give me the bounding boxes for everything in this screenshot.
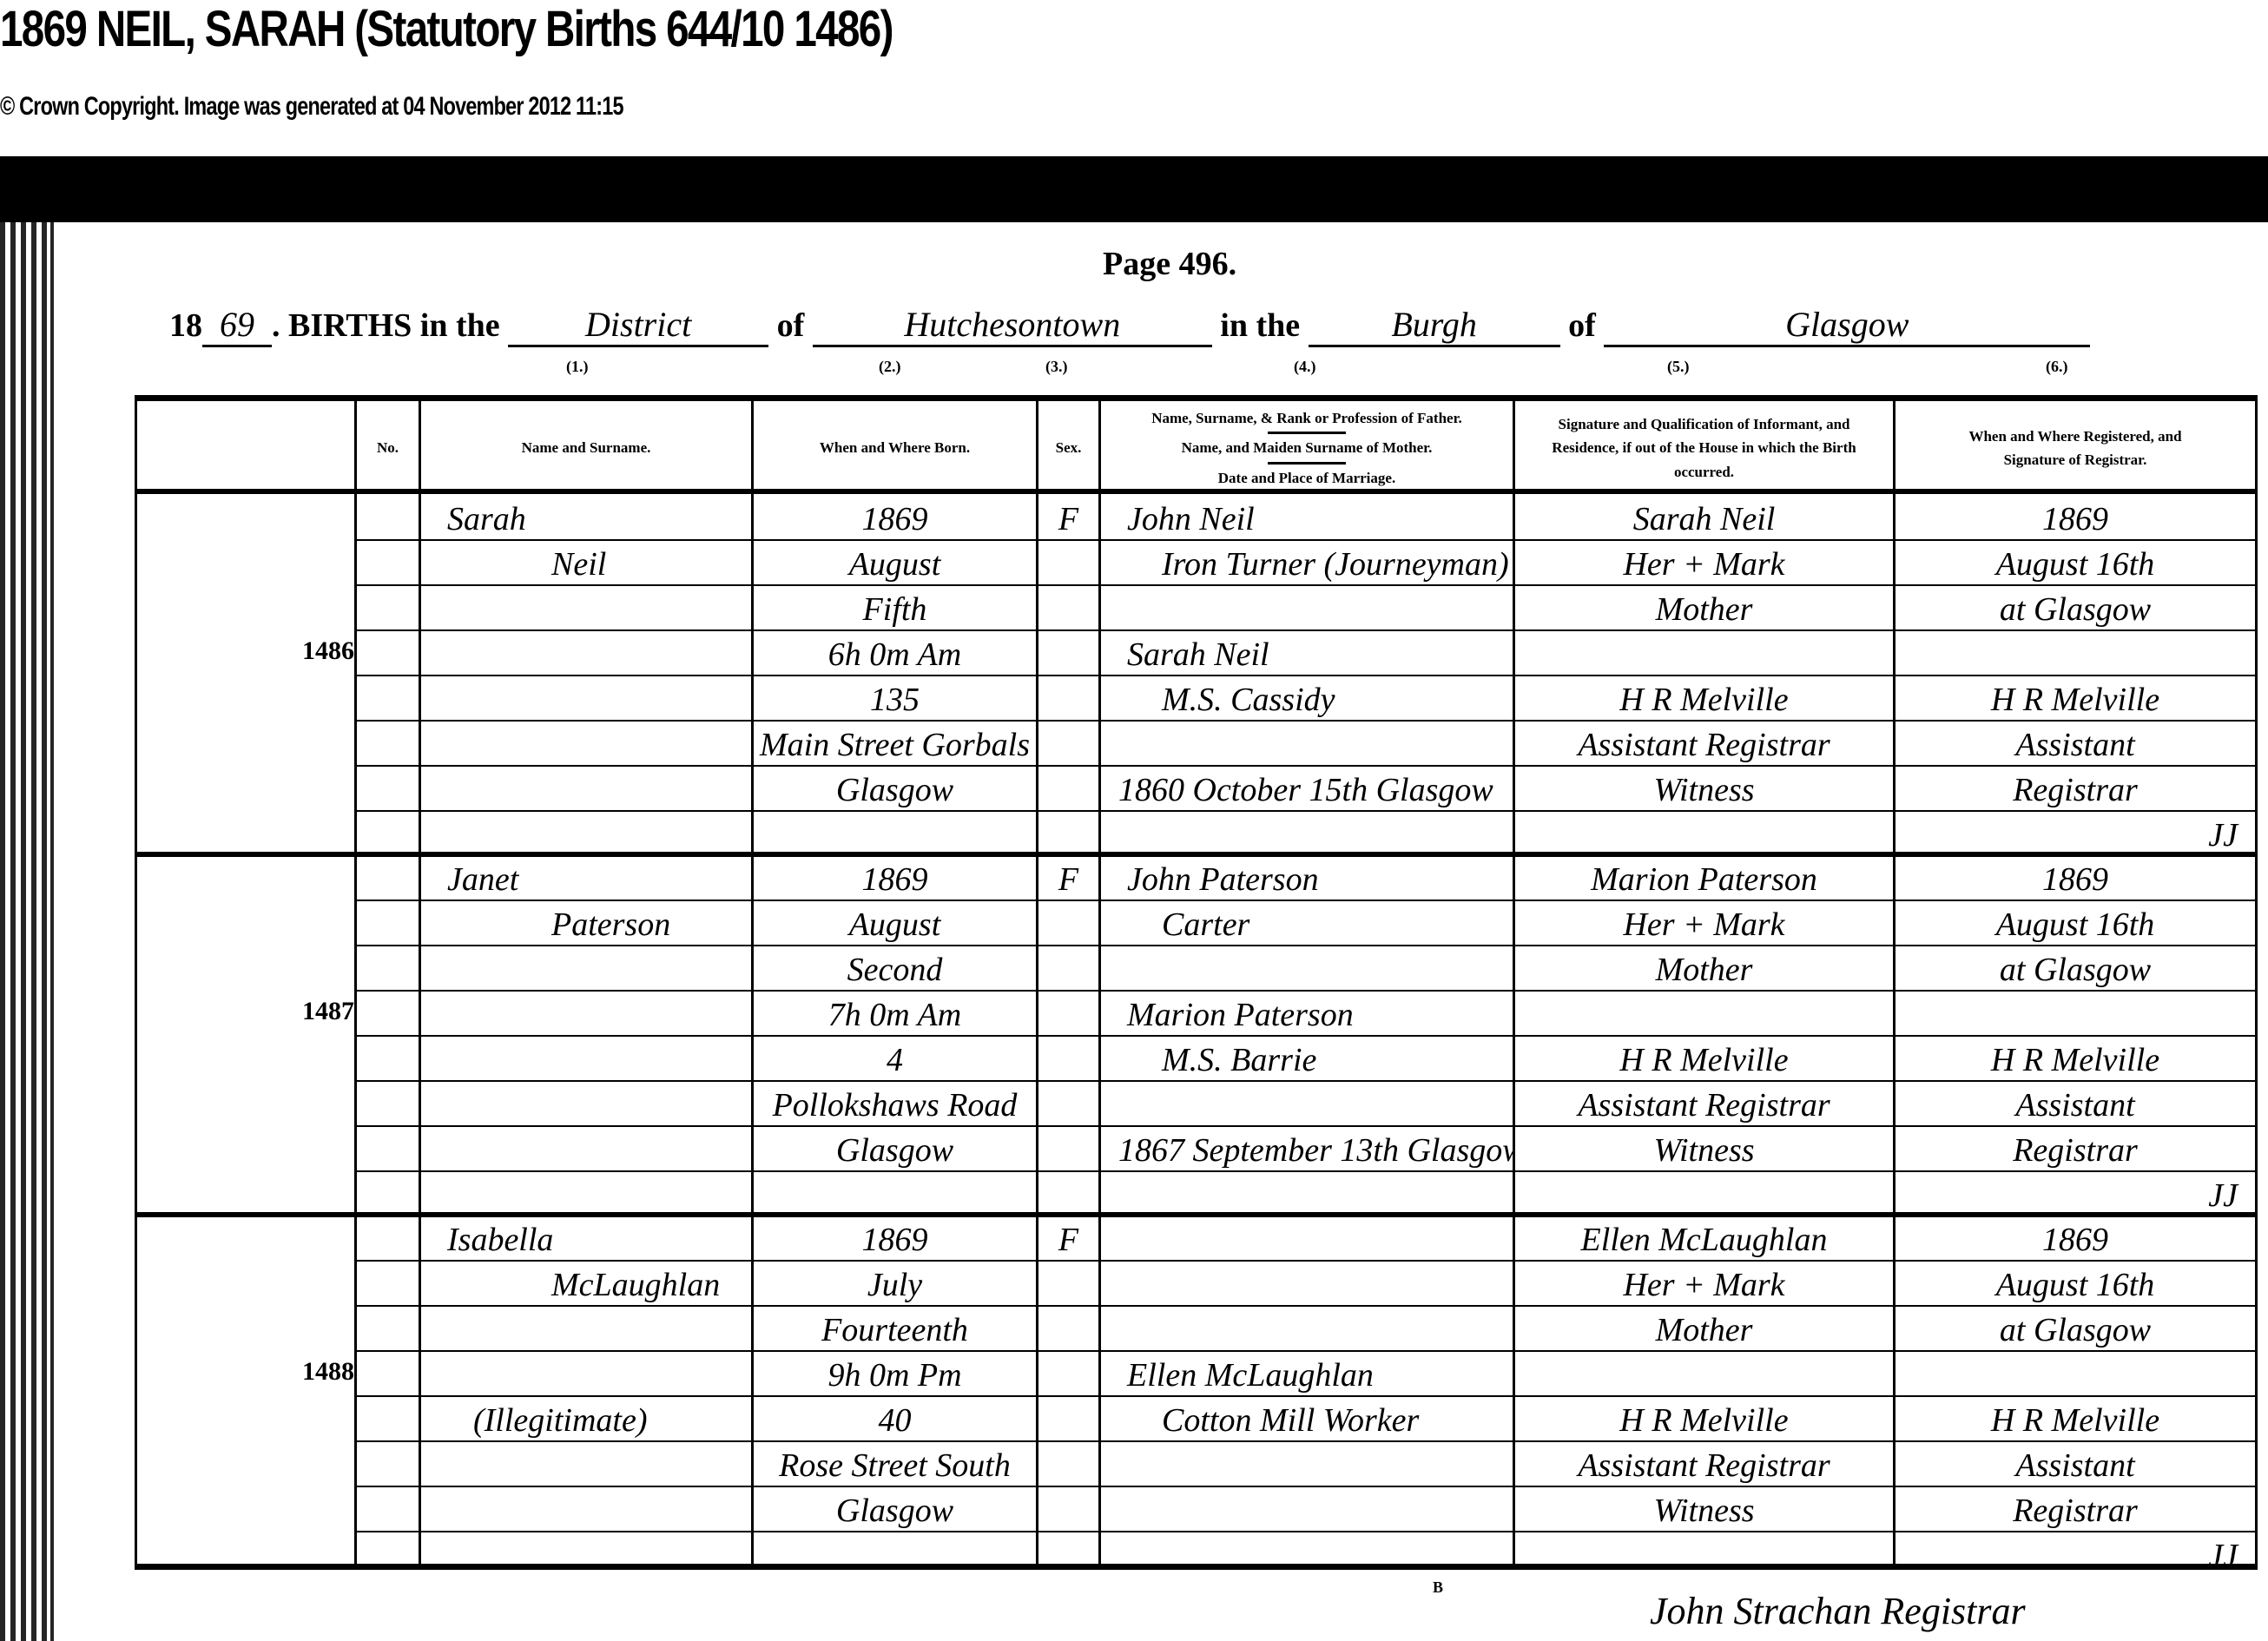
entry-name-line bbox=[421, 765, 751, 810]
entry-name-line bbox=[421, 1305, 751, 1350]
entry-sex-line bbox=[1038, 1305, 1098, 1350]
entry-registered-line: 1869 bbox=[1895, 1215, 2255, 1260]
entry-registered-line: 1869 bbox=[1895, 494, 2255, 539]
entry-parents-line: 1860 October 15th Glasgow bbox=[1101, 765, 1513, 810]
entry-informant-line bbox=[1515, 990, 1893, 1035]
entry-informant-line: Witness bbox=[1515, 1125, 1893, 1170]
entry-born-line: Glasgow bbox=[754, 1486, 1036, 1531]
entry-sex-line bbox=[1038, 765, 1098, 810]
entry-block: 1487JanetPaterson1869AugustSecond7h 0m A… bbox=[137, 854, 2255, 1215]
entry-born-line: July bbox=[754, 1260, 1036, 1305]
entry-name-line: Paterson bbox=[421, 900, 751, 945]
entry-number: 1488 bbox=[293, 1357, 354, 1387]
copyright-notice: © Crown Copyright. Image was generated a… bbox=[0, 92, 623, 122]
entry-name-line bbox=[421, 1035, 751, 1080]
entry-parents-line bbox=[1101, 720, 1513, 765]
entry-born-line: 1869 bbox=[754, 494, 1036, 539]
column-number-4: (4.) bbox=[1294, 358, 1316, 376]
entry-name-line: Isabella bbox=[421, 1215, 751, 1260]
entry-name-line bbox=[421, 1440, 751, 1486]
entry-born-line: Rose Street South bbox=[754, 1440, 1036, 1486]
entry-parents-line: John Paterson bbox=[1101, 854, 1513, 900]
entry-registered-line: 1869 bbox=[1895, 854, 2255, 900]
entry-parents-line bbox=[1101, 1440, 1513, 1486]
entry-born-line: August bbox=[754, 539, 1036, 584]
record-title: 1869 NEIL, SARAH (Statutory Births 644/1… bbox=[0, 0, 893, 58]
entry-number: 1487 bbox=[293, 997, 354, 1026]
entry-registered-line: Registrar bbox=[1895, 1125, 2255, 1170]
entry-born-line bbox=[754, 1170, 1036, 1216]
entry-registered-line: August 16th bbox=[1895, 539, 2255, 584]
entry-sex-line bbox=[1038, 539, 1098, 584]
registrar-signature: John Strachan Registrar bbox=[1650, 1589, 2026, 1633]
book-binding bbox=[0, 222, 54, 1641]
entry-informant-line bbox=[1515, 810, 1893, 855]
entry-name-line: McLaughlan bbox=[421, 1260, 751, 1305]
entry-registered-line: Assistant bbox=[1895, 720, 2255, 765]
entry-name-line bbox=[421, 1486, 751, 1531]
entry-parents-line: John Neil bbox=[1101, 494, 1513, 539]
entry-block: 1488IsabellaMcLaughlan(Illegitimate)1869… bbox=[137, 1215, 2255, 1575]
entry-sex-line bbox=[1038, 990, 1098, 1035]
entry-parents-line bbox=[1101, 1260, 1513, 1305]
entry-name-line bbox=[421, 1080, 751, 1125]
entry-informant-line: Assistant Registrar bbox=[1515, 1080, 1893, 1125]
entry-born-line: Glasgow bbox=[754, 1125, 1036, 1170]
entry-born-line: Fifth bbox=[754, 584, 1036, 629]
entry-parents-line bbox=[1101, 1215, 1513, 1260]
entry-informant-line: Mother bbox=[1515, 584, 1893, 629]
header-marriage: Date and Place of Marriage. bbox=[1218, 466, 1395, 490]
entry-name-line bbox=[421, 1531, 751, 1576]
entry-born-line: 7h 0m Am bbox=[754, 990, 1036, 1035]
entry-informant-line bbox=[1515, 1531, 1893, 1576]
year-suffix: 69 bbox=[202, 304, 272, 347]
page-number: Page 496. bbox=[1103, 245, 1236, 283]
entry-registered-line: Registrar bbox=[1895, 765, 2255, 810]
entry-sex-line bbox=[1038, 810, 1098, 855]
column-number-3: (3.) bbox=[1045, 358, 1068, 376]
header-mother: Name, and Maiden Surname of Mother. bbox=[1182, 436, 1433, 459]
entry-parents-line: Marion Paterson bbox=[1101, 990, 1513, 1035]
entry-block: 1486SarahNeil1869AugustFifth6h 0m Am135M… bbox=[137, 494, 2255, 854]
entry-informant-line bbox=[1515, 1350, 1893, 1395]
entry-registered-line: JJ bbox=[1895, 810, 2255, 855]
entry-sex-line bbox=[1038, 1395, 1098, 1440]
entry-sex-line bbox=[1038, 1531, 1098, 1576]
entry-born-line: 135 bbox=[754, 675, 1036, 720]
entry-name-line bbox=[421, 1125, 751, 1170]
entry-name-line: Neil bbox=[421, 539, 751, 584]
burgh-name: Glasgow bbox=[1604, 304, 2090, 347]
district-name: Hutchesontown bbox=[813, 304, 1212, 347]
header-name: Name and Surname. bbox=[421, 401, 751, 495]
entry-sex-line bbox=[1038, 945, 1098, 990]
entry-sex-line bbox=[1038, 584, 1098, 629]
entry-sex-line bbox=[1038, 900, 1098, 945]
births-register-table: No. Name and Surname. When and Where Bor… bbox=[135, 395, 2258, 1570]
entry-name-line bbox=[421, 675, 751, 720]
entry-sex-line bbox=[1038, 1080, 1098, 1125]
entry-parents-line bbox=[1101, 584, 1513, 629]
entry-name-line bbox=[421, 720, 751, 765]
entry-informant-line: Mother bbox=[1515, 945, 1893, 990]
entry-parents-line bbox=[1101, 810, 1513, 855]
entry-born-line bbox=[754, 810, 1036, 855]
entry-registered-line: August 16th bbox=[1895, 1260, 2255, 1305]
footer-mark: B bbox=[1433, 1578, 1443, 1597]
entry-name-line bbox=[421, 629, 751, 675]
entry-registered-line: JJ bbox=[1895, 1531, 2255, 1576]
entry-registered-line: Assistant bbox=[1895, 1440, 2255, 1486]
entry-sex-line bbox=[1038, 1260, 1098, 1305]
burgh-label: Burgh bbox=[1309, 304, 1560, 347]
entry-registered-line: H R Melville bbox=[1895, 1395, 2255, 1440]
entry-registered-line bbox=[1895, 629, 2255, 675]
entry-parents-line: Iron Turner (Journeyman) bbox=[1101, 539, 1513, 584]
column-number-1: (1.) bbox=[566, 358, 589, 376]
header-parents: Name, Surname, & Rank or Profession of F… bbox=[1101, 401, 1513, 495]
entry-name-line: Janet bbox=[421, 854, 751, 900]
entry-informant-line: Marion Paterson bbox=[1515, 854, 1893, 900]
header-sex: Sex. bbox=[1038, 401, 1098, 495]
entry-registered-line: at Glasgow bbox=[1895, 945, 2255, 990]
entry-informant-line: Her + Mark bbox=[1515, 539, 1893, 584]
register-heading: 1869. BIRTHS in the District of Hutcheso… bbox=[169, 304, 2090, 347]
entry-sex-line bbox=[1038, 1440, 1098, 1486]
entry-parents-line: Cotton Mill Worker bbox=[1101, 1395, 1513, 1440]
entry-name-line bbox=[421, 945, 751, 990]
year-prefix: 18 bbox=[169, 307, 202, 344]
entry-informant-line: Witness bbox=[1515, 1486, 1893, 1531]
entry-name-line bbox=[421, 810, 751, 855]
entry-born-line: Pollokshaws Road bbox=[754, 1080, 1036, 1125]
entry-parents-line bbox=[1101, 1170, 1513, 1216]
entry-born-line: 1869 bbox=[754, 854, 1036, 900]
entry-born-line: 4 bbox=[754, 1035, 1036, 1080]
entry-sex-line bbox=[1038, 1170, 1098, 1216]
entry-parents-line: Sarah Neil bbox=[1101, 629, 1513, 675]
entry-informant-line: Assistant Registrar bbox=[1515, 720, 1893, 765]
header-informant: Signature and Qualification of Informant… bbox=[1515, 401, 1893, 495]
entry-parents-line: Ellen McLaughlan bbox=[1101, 1350, 1513, 1395]
entry-sex-line bbox=[1038, 1350, 1098, 1395]
entry-sex-line bbox=[1038, 675, 1098, 720]
district-label: District bbox=[508, 304, 768, 347]
entry-born-line: August bbox=[754, 900, 1036, 945]
entry-registered-line: H R Melville bbox=[1895, 1035, 2255, 1080]
entry-parents-line bbox=[1101, 945, 1513, 990]
entry-born-line: 1869 bbox=[754, 1215, 1036, 1260]
entry-registered-line bbox=[1895, 1350, 2255, 1395]
of-label-1: of bbox=[777, 307, 805, 344]
entry-registered-line bbox=[1895, 990, 2255, 1035]
entry-number: 1486 bbox=[293, 636, 354, 666]
entry-informant-line bbox=[1515, 629, 1893, 675]
entry-parents-line bbox=[1101, 1305, 1513, 1350]
in-the-label: in the bbox=[1220, 307, 1300, 344]
entry-name-line: Sarah bbox=[421, 494, 751, 539]
entry-informant-line: Witness bbox=[1515, 765, 1893, 810]
entry-name-line bbox=[421, 584, 751, 629]
entry-registered-line: JJ bbox=[1895, 1170, 2255, 1216]
entry-born-line: Glasgow bbox=[754, 765, 1036, 810]
entry-born-line: Second bbox=[754, 945, 1036, 990]
entry-informant-line bbox=[1515, 1170, 1893, 1216]
entry-born-line bbox=[754, 1531, 1036, 1576]
entry-parents-line: Carter bbox=[1101, 900, 1513, 945]
entry-born-line: Main Street Gorbals bbox=[754, 720, 1036, 765]
entry-parents-line bbox=[1101, 1531, 1513, 1576]
entry-registered-line: at Glasgow bbox=[1895, 1305, 2255, 1350]
entry-registered-line: H R Melville bbox=[1895, 675, 2255, 720]
entry-informant-line: Mother bbox=[1515, 1305, 1893, 1350]
entry-registered-line: Assistant bbox=[1895, 1080, 2255, 1125]
entry-name-line: (Illegitimate) bbox=[421, 1395, 751, 1440]
column-number-6: (6.) bbox=[2046, 358, 2068, 376]
entry-informant-line: Her + Mark bbox=[1515, 1260, 1893, 1305]
entry-sex-line bbox=[1038, 1125, 1098, 1170]
births-in-the: . BIRTHS in the bbox=[272, 307, 500, 344]
entry-informant-line: Sarah Neil bbox=[1515, 494, 1893, 539]
entry-sex-line: F bbox=[1038, 854, 1098, 900]
entry-registered-line: Registrar bbox=[1895, 1486, 2255, 1531]
entry-sex-line bbox=[1038, 720, 1098, 765]
scan-border bbox=[0, 156, 2268, 222]
entry-registered-line: August 16th bbox=[1895, 900, 2255, 945]
column-number-2: (2.) bbox=[879, 358, 901, 376]
entry-parents-line: M.S. Cassidy bbox=[1101, 675, 1513, 720]
entry-informant-line: H R Melville bbox=[1515, 1035, 1893, 1080]
entry-informant-line: H R Melville bbox=[1515, 1395, 1893, 1440]
entry-informant-line: H R Melville bbox=[1515, 675, 1893, 720]
entry-informant-line: Assistant Registrar bbox=[1515, 1440, 1893, 1486]
header-father: Name, Surname, & Rank or Profession of F… bbox=[1151, 406, 1462, 430]
entry-parents-line: 1867 September 13th Glasgow bbox=[1101, 1125, 1513, 1170]
entry-name-line bbox=[421, 1170, 751, 1216]
entry-informant-line: Ellen McLaughlan bbox=[1515, 1215, 1893, 1260]
entry-sex-line bbox=[1038, 1035, 1098, 1080]
entry-sex-line: F bbox=[1038, 1215, 1098, 1260]
header-registered: When and Where Registered, and Signature… bbox=[1895, 401, 2255, 495]
entry-born-line: 40 bbox=[754, 1395, 1036, 1440]
entry-parents-line bbox=[1101, 1080, 1513, 1125]
header-no: No. bbox=[357, 401, 419, 495]
entry-informant-line: Her + Mark bbox=[1515, 900, 1893, 945]
entry-name-line bbox=[421, 990, 751, 1035]
entry-born-line: 6h 0m Am bbox=[754, 629, 1036, 675]
entry-born-line: 9h 0m Pm bbox=[754, 1350, 1036, 1395]
of-label-2: of bbox=[1568, 307, 1596, 344]
entry-parents-line: M.S. Barrie bbox=[1101, 1035, 1513, 1080]
entry-parents-line bbox=[1101, 1486, 1513, 1531]
entry-registered-line: at Glasgow bbox=[1895, 584, 2255, 629]
column-number-5: (5.) bbox=[1667, 358, 1690, 376]
header-born: When and Where Born. bbox=[754, 401, 1036, 495]
entry-sex-line: F bbox=[1038, 494, 1098, 539]
entry-sex-line bbox=[1038, 629, 1098, 675]
entry-name-line bbox=[421, 1350, 751, 1395]
entry-sex-line bbox=[1038, 1486, 1098, 1531]
entry-born-line: Fourteenth bbox=[754, 1305, 1036, 1350]
